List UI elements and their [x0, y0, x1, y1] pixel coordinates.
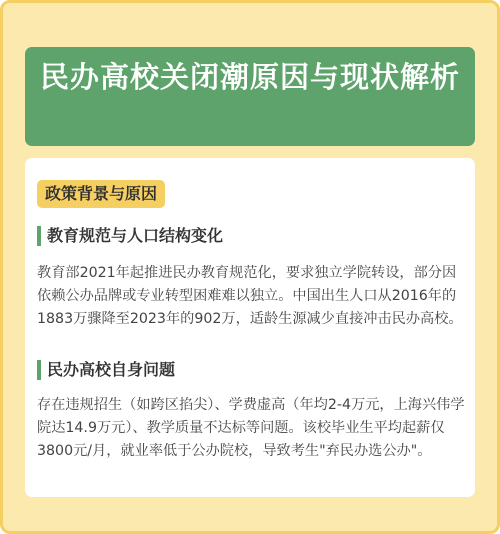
subsection-heading-education-population: 教育规范与人口结构变化: [37, 226, 223, 246]
content-card: 政策背景与原因 教育规范与人口结构变化 教育部2021年起推进民办教育规范化，要…: [25, 158, 475, 497]
subsection-body-education-population: 教育部2021年起推进民办教育规范化，要求独立学院转设，部分因依赖公办品牌或专业…: [37, 262, 467, 331]
infographic-frame: 民办高校关闭潮原因与现状解析 政策背景与原因 教育规范与人口结构变化 教育部20…: [0, 0, 500, 534]
section-tag: 政策背景与原因: [37, 180, 165, 208]
subsection-heading-school-problems: 民办高校自身问题: [37, 360, 175, 380]
page-title: 民办高校关闭潮原因与现状解析: [25, 47, 475, 146]
subsection-body-school-problems: 存在违规招生（如跨区掐尖）、学费虚高（年均2-4万元，上海兴伟学院达14.9万元…: [37, 394, 467, 463]
